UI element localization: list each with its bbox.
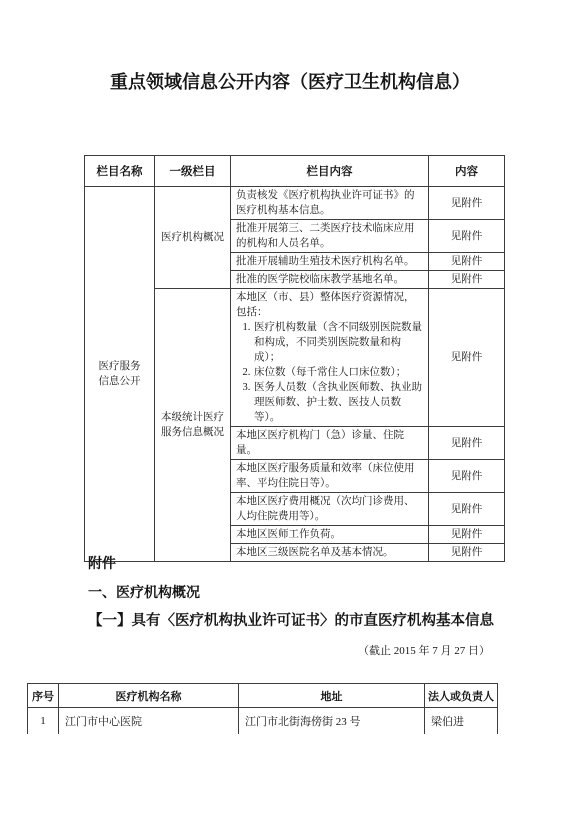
number-cell: 1	[28, 708, 59, 735]
col-header-category: 栏目名称	[85, 156, 155, 187]
document-page: 重点领域信息公开内容（医疗卫生机构信息） 栏目名称 一级栏目 栏目内容 内容 医…	[0, 0, 580, 820]
content-cell: 本地区医疗服务质量和效率（床位使用率、平均住院日等）。	[231, 460, 429, 493]
value-cell: 见附件	[429, 544, 505, 562]
value-cell: 见附件	[429, 253, 505, 271]
value-cell: 见附件	[429, 526, 505, 544]
group-cell-statistics: 本级统计医疗服务信息概况	[155, 289, 231, 562]
col-header-value: 内容	[429, 156, 505, 187]
value-cell: 见附件	[429, 271, 505, 289]
col-header-level1: 一级栏目	[155, 156, 231, 187]
resource-list-item: 床位数（每千常住人口床位数）；	[253, 365, 423, 380]
content-cell: 本地区三级医院名单及基本情况。	[231, 544, 429, 562]
value-cell: 见附件	[429, 187, 505, 220]
resource-list: 医疗机构数量（含不同级别医院数量和构成，不同类别医院数量和构成）； 床位数（每千…	[236, 320, 423, 425]
table-header-row: 栏目名称 一级栏目 栏目内容 内容	[85, 156, 505, 187]
col-header-content: 栏目内容	[231, 156, 429, 187]
attachment-label: 附件	[88, 553, 116, 573]
resource-intro: 本地区（市、县）整体医疗资源情况，包括：	[236, 290, 423, 320]
col-header-name: 医疗机构名称	[59, 684, 239, 708]
table-header-row: 序号 医疗机构名称 地址 法人或负责人	[28, 684, 498, 708]
value-cell: 见附件	[429, 460, 505, 493]
resource-list-item: 医疗机构数量（含不同级别医院数量和构成，不同类别医院数量和构成）；	[253, 320, 423, 365]
resource-list-item: 医务人员数（含执业医师数、执业助理医师数、护士数、医技人员数等）。	[253, 380, 423, 425]
institutions-table: 序号 医疗机构名称 地址 法人或负责人 1 江门市中心医院 江门市北街海傍街 2…	[27, 683, 498, 734]
address-cell: 江门市北街海傍街 23 号	[239, 708, 425, 735]
date-note: （截止 2015 年 7 月 27 日）	[84, 642, 490, 658]
value-cell: 见附件	[429, 289, 505, 427]
subsection-heading: 【一】具有〈医疗机构执业许可证书〉的市直医疗机构基本信息	[88, 609, 494, 630]
legal-person-cell: 梁伯进	[425, 708, 498, 735]
col-header-address: 地址	[239, 684, 425, 708]
page-title: 重点领域信息公开内容（医疗卫生机构信息）	[0, 68, 580, 94]
content-cell: 本地区（市、县）整体医疗资源情况，包括： 医疗机构数量（含不同级别医院数量和构成…	[231, 289, 429, 427]
content-cell: 本地区医师工作负荷。	[231, 526, 429, 544]
value-cell: 见附件	[429, 220, 505, 253]
table-row: 医疗服务信息公开 医疗机构概况 负责核发《医疗机构执业许可证书》的医疗机构基本信…	[85, 187, 505, 220]
table-row: 1 江门市中心医院 江门市北街海傍街 23 号 梁伯进	[28, 708, 498, 735]
name-cell: 江门市中心医院	[59, 708, 239, 735]
col-header-number: 序号	[28, 684, 59, 708]
content-cell: 批准开展辅助生殖技术医疗机构名单。	[231, 253, 429, 271]
content-cell: 本地区医疗机构门（急）诊量、住院量。	[231, 427, 429, 460]
content-cell: 批准的医学院校临床教学基地名单。	[231, 271, 429, 289]
section-heading: 一、医疗机构概况	[88, 582, 200, 602]
value-cell: 见附件	[429, 493, 505, 526]
group-cell-institutions: 医疗机构概况	[155, 187, 231, 289]
value-cell: 见附件	[429, 427, 505, 460]
category-cell: 医疗服务信息公开	[85, 187, 155, 562]
content-cell: 本地区医疗费用概况（次均门诊费用、人均住院费用等）。	[231, 493, 429, 526]
col-header-legal-person: 法人或负责人	[425, 684, 498, 708]
content-cell: 批准开展第三、二类医疗技术临床应用的机构和人员名单。	[231, 220, 429, 253]
disclosure-table: 栏目名称 一级栏目 栏目内容 内容 医疗服务信息公开 医疗机构概况 负责核发《医…	[84, 155, 505, 562]
content-cell: 负责核发《医疗机构执业许可证书》的医疗机构基本信息。	[231, 187, 429, 220]
